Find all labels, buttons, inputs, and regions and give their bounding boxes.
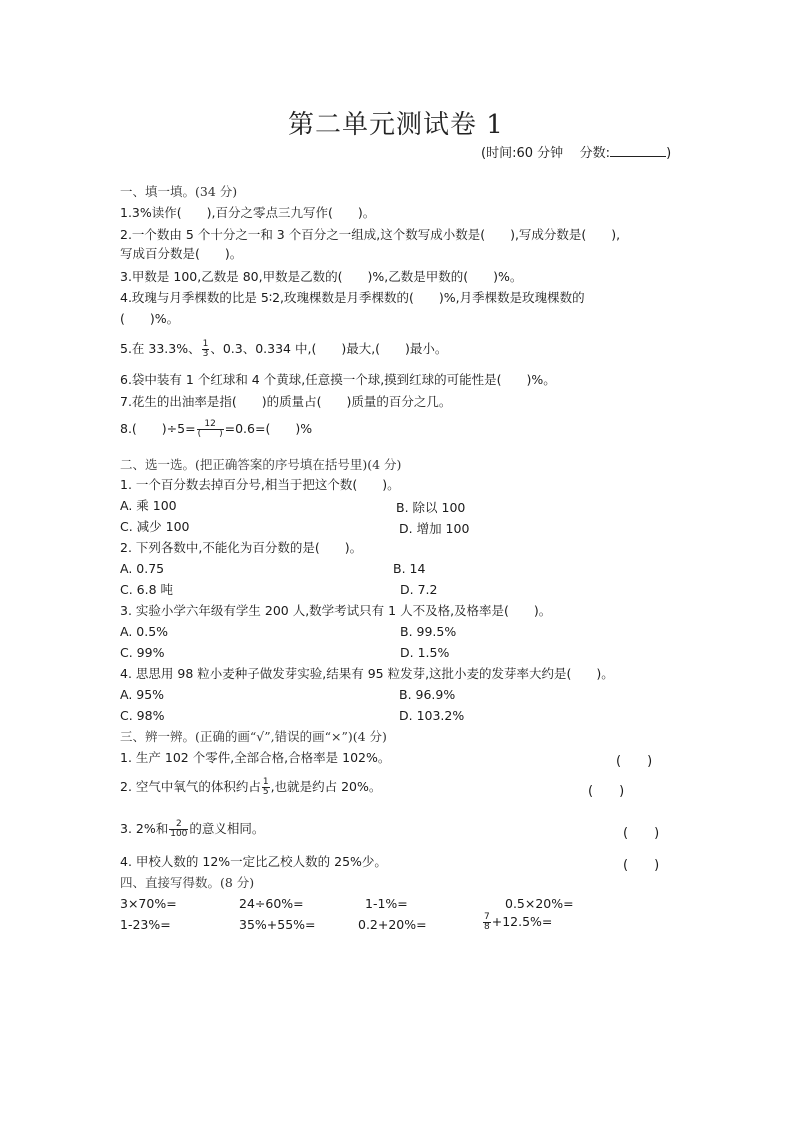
s4-r1-c1: 3×70%= [120,896,177,912]
s2-q2-stem: 2. 下列各数中,不能化为百分数的是( )。 [120,540,362,556]
s3-q1: 1. 生产 102 个零件,全部合格,合格率是 102%。 [120,750,390,766]
s2-q1-option-c[interactable]: C. 减少 100 [120,519,190,535]
page-title: 第二单元测试卷 1 [288,104,504,141]
s2-q3-option-d[interactable]: D. 1.5% [400,645,449,660]
s3-q1-answer[interactable]: ( ) [616,750,652,769]
s2-q1-option-d[interactable]: D. 增加 100 [399,519,469,537]
score-blank[interactable] [610,144,666,157]
s4-r2-c2: 35%+55%= [239,917,316,933]
s2-q1-option-b[interactable]: B. 除以 100 [396,498,465,516]
s2-q4-option-b[interactable]: B. 96.9% [399,687,455,702]
section3-heading: 三、辨一辨。(正确的画“√”,错误的画“×”)(4 分) [120,729,387,745]
s3-q3-answer[interactable]: ( ) [623,822,659,841]
s3-q3-prefix: 3. 2%和 [120,821,168,836]
s4-r1-c3: 1-1%= [365,896,408,912]
s1-q2-line1: 2.一个数由 5 个十分之一和 3 个百分之一组成,这个数写成小数是( ),写成… [120,227,620,243]
s2-q1-stem: 1. 一个百分数去掉百分号,相当于把这个数( )。 [120,477,400,493]
s4-r2-c3: 0.2+20%= [358,917,427,933]
s2-q2-option-b[interactable]: B. 14 [393,561,425,576]
s2-q4-stem: 4. 思思用 98 粒小麦种子做发芽实验,结果有 95 粒发芽,这批小麦的发芽率… [120,666,614,682]
score-close: ) [666,146,671,161]
s2-q1-option-a[interactable]: A. 乘 100 [120,498,177,514]
s2-q3-option-a[interactable]: A. 0.5% [120,624,168,640]
s2-q3-stem: 3. 实验小学六年级有学生 200 人,数学考试只有 1 人不及格,及格率是( … [120,603,551,619]
s3-q2: 2. 空气中氧气的体积约占15,也就是约占 20%。 [120,778,381,797]
s2-q4-option-a[interactable]: A. 95% [120,687,164,703]
s2-q4-option-d[interactable]: D. 103.2% [399,708,464,723]
section1-heading: 一、填一填。(34 分) [120,184,237,200]
s1-q8-prefix: 8.( )÷5= [120,421,196,436]
fraction-2-over-100: 2100 [169,820,188,839]
s1-q8-suffix: =0.6=( )% [225,421,312,436]
s4-r1-c4: 0.5×20%= [505,896,574,912]
s1-q6: 6.袋中装有 1 个红球和 4 个黄球,任意摸一个球,摸到红球的可能性是( )%… [120,372,556,388]
section4-heading: 四、直接写得数。(8 分) [120,875,254,891]
s1-q5-prefix: 5.在 33.3%、 [120,341,201,356]
s3-q2-answer[interactable]: ( ) [588,780,624,799]
s1-q4-line2: ( )%。 [120,311,179,327]
score-label: 分数: [580,146,610,161]
s2-q2-option-c[interactable]: C. 6.8 吨 [120,582,173,598]
s3-q2-suffix: ,也就是约占 20%。 [271,779,382,794]
s4-r2-c4-suffix: +12.5%= [492,914,553,929]
section2-heading: 二、选一选。(把正确答案的序号填在括号里)(4 分) [120,457,401,473]
s1-q7: 7.花生的出油率是指( )的质量占( )质量的百分之几。 [120,394,451,410]
s1-q3: 3.甲数是 100,乙数是 80,甲数是乙数的( )%,乙数是甲数的( )%。 [120,269,522,285]
s3-q3-suffix: 的意义相同。 [189,821,264,836]
fraction-one-third: 13 [202,340,210,359]
s1-q8: 8.( )÷5=12( )=0.6=( )% [120,420,312,439]
s1-q1: 1.3%读作( ),百分之零点三九写作( )。 [120,205,375,221]
s1-q2-line2: 写成百分数是( )。 [120,246,242,262]
s2-q2-option-d[interactable]: D. 7.2 [400,582,437,597]
s4-r1-c2: 24÷60%= [239,896,304,912]
s4-r2-c4: 78+12.5%= [482,913,552,932]
s1-q5-suffix: 、0.3、0.334 中,( )最大,( )最小。 [210,341,447,356]
s2-q2-option-a[interactable]: A. 0.75 [120,561,164,577]
s3-q3: 3. 2%和2100的意义相同。 [120,820,264,839]
s3-q4-answer[interactable]: ( ) [623,854,659,873]
fraction-one-fifth: 15 [262,778,270,797]
s3-q4: 4. 甲校人数的 12%一定比乙校人数的 25%少。 [120,854,387,870]
s2-q3-option-b[interactable]: B. 99.5% [400,624,456,639]
s1-q4-line1: 4.玫瑰与月季棵数的比是 5∶2,玫瑰棵数是月季棵数的( )%,月季棵数是玫瑰棵… [120,290,585,306]
time-score-info: (时间:60 分钟 分数:) [481,142,671,161]
s1-q5: 5.在 33.3%、13、0.3、0.334 中,( )最大,( )最小。 [120,340,447,359]
fraction-12-over-blank: 12( ) [197,420,224,439]
s2-q3-option-c[interactable]: C. 99% [120,645,164,661]
s3-q2-prefix: 2. 空气中氧气的体积约占 [120,779,261,794]
time-label: (时间:60 分钟 [481,146,563,161]
fraction-seven-eighths: 78 [483,913,491,932]
s2-q4-option-c[interactable]: C. 98% [120,708,164,724]
s4-r2-c1: 1-23%= [120,917,171,933]
